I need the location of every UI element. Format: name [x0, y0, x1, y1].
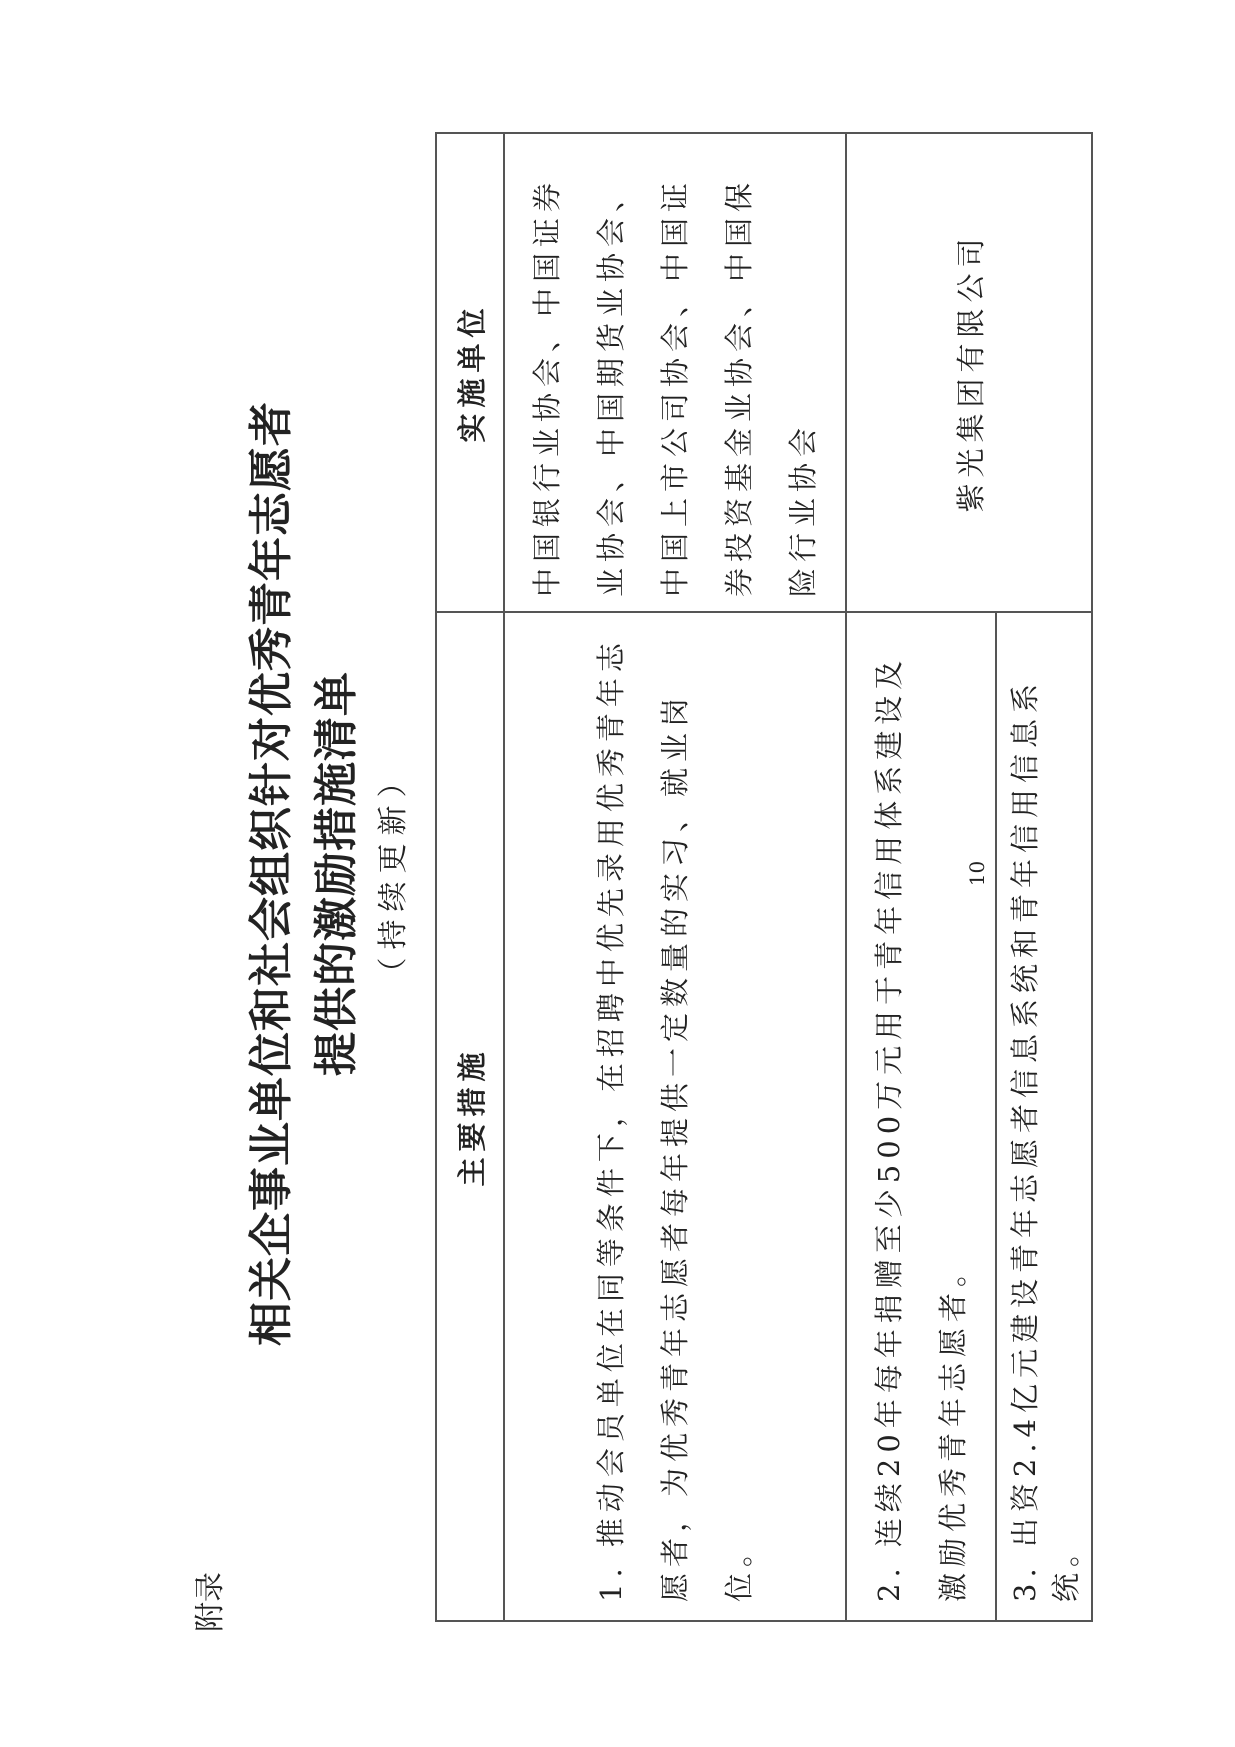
page-number: 10: [965, 0, 989, 1747]
title-line-2: 提供的激励措施清单: [300, 0, 364, 1747]
unit-1: 中国银行业协会、中国证券业协会、中国期货业协会、中国上市公司协会、中国证券投资基…: [504, 133, 846, 612]
measures-table: 主要措施 实施单位 1. 推动会员单位在同等条件下，在招聘中优先录用优秀青年志愿…: [435, 132, 1093, 1622]
measure-3: 3. 出资2.4亿元建设青年志愿者信息系统和青年信用信息系统。: [996, 612, 1092, 1621]
document-page: 附录 相关企事业单位和社会组织针对优秀青年志愿者 提供的激励措施清单 （持续更新…: [0, 0, 1235, 1747]
appendix-label: 附录: [185, 1572, 229, 1632]
title-line-1: 相关企事业单位和社会组织针对优秀青年志愿者: [235, 0, 299, 1747]
header-unit: 实施单位: [436, 133, 504, 612]
header-measures: 主要措施: [436, 612, 504, 1621]
measure-1: 1. 推动会员单位在同等条件下，在招聘中优先录用优秀青年志愿者，为优秀青年志愿者…: [504, 612, 846, 1621]
subtitle: （持续更新）: [368, 0, 412, 1747]
